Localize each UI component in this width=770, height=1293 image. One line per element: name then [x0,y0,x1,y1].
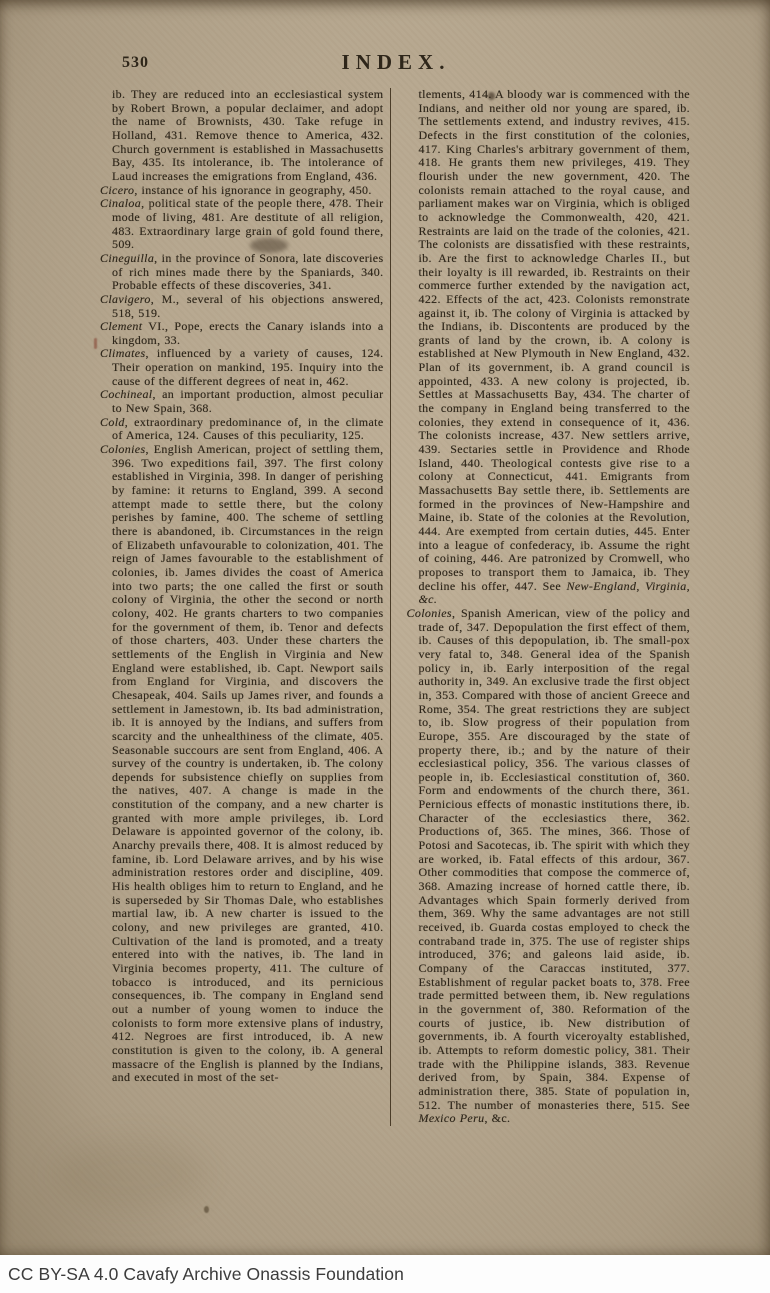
license-bar: CC BY-SA 4.0 Cavafy Archive Onassis Foun… [0,1255,770,1293]
entry-term: Clavigero [100,292,151,306]
index-entry-continuation: tlements, 414. A bloody war is commenced… [406,88,690,607]
page-title: INDEX. [100,50,692,75]
index-entry: Clement VI., Pope, erects the Canary isl… [100,320,384,347]
entry-term: Colonies [406,606,451,620]
entry-term: Climates [100,346,145,360]
license-text: CC BY-SA 4.0 Cavafy Archive Onassis Foun… [0,1264,404,1285]
index-entry-continuation: ib. They are reduced into an ecclesiasti… [100,88,384,184]
index-entry: Climates, influenced by a variety of cau… [100,347,384,388]
entry-term: Cinaloa [100,196,141,210]
entry-term: Cold [100,415,125,429]
index-entry: Clavigero, M., several of his objections… [100,293,384,320]
index-column-left: ib. They are reduced into an ecclesiasti… [100,88,384,1126]
entry-term: Clement [100,319,142,333]
margin-mark [94,338,97,349]
entry-term: Cicero [100,183,134,197]
index-entry: Cicero, instance of his ignorance in geo… [100,184,384,198]
entry-term: Colonies [100,442,145,456]
index-columns: ib. They are reduced into an ecclesiasti… [100,88,690,1126]
index-entry: Cineguilla, in the province of Sonora, l… [100,252,384,293]
scanned-book-page: 530 INDEX. ib. They are reduced into an … [0,0,770,1255]
cross-reference: Mexico Peru [418,1111,484,1125]
column-divider-rule [390,88,392,1126]
index-entry: Colonies, English American, project of s… [100,443,384,1085]
index-entry: Cinaloa, political state of the people t… [100,197,384,252]
index-entry: Cold, extraordinary predominance of, in … [100,416,384,443]
cross-reference: New-England, Virginia, &c. [418,579,689,607]
paper-speck [204,1206,209,1213]
index-column-right: tlements, 414. A bloody war is commenced… [406,88,690,1126]
index-entry: Cochineal, an important production, almo… [100,388,384,415]
entry-term: Cochineal [100,387,152,401]
index-entry: Colonies, Spanish American, view of the … [406,607,690,1126]
paper-stain [55,1140,205,1210]
entry-term: Cineguilla [100,251,154,265]
